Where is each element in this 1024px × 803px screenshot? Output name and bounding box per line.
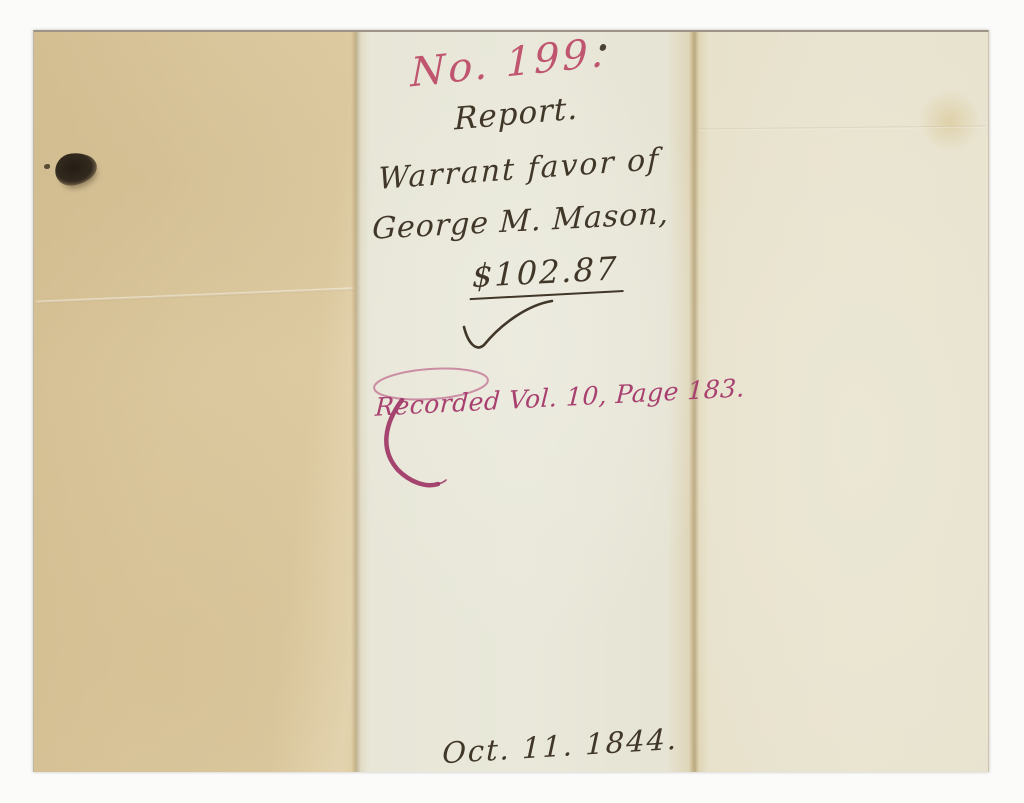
scan-background: No. 199. Report. Warrant favor of George…	[0, 0, 1024, 803]
paper-left-panel	[34, 32, 356, 772]
fold-crease-left	[351, 32, 361, 772]
document-paper: No. 199. Report. Warrant favor of George…	[33, 30, 989, 772]
amount-value: $102.87	[470, 249, 625, 300]
ink-speck	[44, 164, 50, 169]
checkmark-icon	[458, 299, 558, 361]
